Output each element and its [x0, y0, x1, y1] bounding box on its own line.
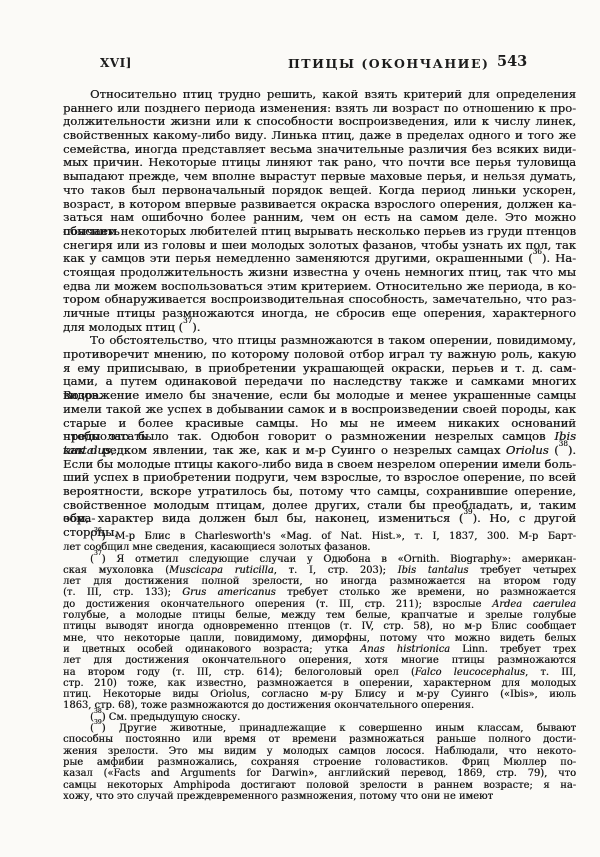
text-line: лет для достижения окончательного оперен…	[63, 655, 576, 666]
text-line: должительности жизни или к способности в…	[63, 115, 576, 129]
text-line: ший успех в приобретении подруги, чем вз…	[63, 471, 576, 485]
text-line: птицы выводят иногда одновременно птенцо…	[63, 621, 576, 632]
text-line: хожу, что это случай преждевременного ра…	[63, 791, 576, 802]
text-line: едва ли можем воспользоваться этим крите…	[63, 280, 576, 294]
text-line: противоречит мнению, по которому половой…	[63, 348, 576, 362]
page-number: 543	[497, 53, 527, 70]
text-line: ская мухоловка (Muscicapa ruticilla, т. …	[63, 565, 576, 576]
text-line: (38) См. предыдущую сноску.	[63, 712, 576, 723]
text-line: выпадают прежде, чем вполне вырастут пер…	[63, 170, 576, 184]
text-line: казал («Facts and Arguments for Darwin»,…	[63, 768, 576, 779]
text-line: снегиря или из головы и шеи молодых золо…	[63, 239, 576, 253]
text-line: на втором году (т. III, стр. 614); белог…	[63, 667, 576, 678]
text-line: Относительно птиц трудно решить, какой в…	[63, 88, 576, 102]
text-line: Если бы молодые птицы какого-либо вида в…	[63, 458, 576, 472]
text-line: То обстоятельство, что птицы размножаютс…	[63, 334, 576, 348]
text-line: зом, характер вида должен был бы, наконе…	[63, 512, 576, 526]
text-line: рые амфибии размножались, сохраняя строе…	[63, 757, 576, 768]
text-line: птиц. Некоторые виды Oriolus, согласно м…	[63, 689, 576, 700]
text-line: цами, а путем одинаковой передачи по нас…	[63, 375, 576, 389]
text-line: и цветных особей одинакового возраста; у…	[63, 644, 576, 655]
text-line: голубые, а молодые птицы белые, между те…	[63, 610, 576, 621]
text-line: способны постоянно или время от времени …	[63, 734, 576, 745]
paragraph-2: То обстоятельство, что птицы размножаютс…	[63, 334, 576, 526]
text-line: стоящая продолжительность жизни известна…	[63, 266, 576, 280]
text-line: мне, что некоторые цапли, повидимому, ди…	[63, 633, 576, 644]
text-line: вероятности, вскоре утратилось бы, потом…	[63, 485, 576, 499]
book-page: XVI] ПТИЦЫ (ОКОНЧАНИЕ) 543 Относительно …	[0, 0, 600, 857]
text-line: свойственных какому-либо виду. Линька пт…	[63, 129, 576, 143]
text-line: самцы некоторых Amphipoda достигают поло…	[63, 780, 576, 791]
footnote-38: (38) См. предыдущую сноску.	[63, 712, 576, 723]
text-line: (37) Я отметил следующие случаи у Одюбон…	[63, 554, 576, 565]
text-line: лет для достижения полной зрелости, но и…	[63, 576, 576, 587]
text-line: раннего или позднего периода изменения: …	[63, 102, 576, 116]
text-line: (36) М-р Блис в Charlesworth's «Mag. of …	[63, 531, 576, 542]
chapter-marker: XVI]	[100, 56, 132, 70]
text-line: жения зрелости. Это мы видим у молодых с…	[63, 746, 576, 757]
main-text: Относительно птиц трудно решить, какой в…	[63, 88, 576, 526]
text-line: (39) Другие животные, принадлежащие к со…	[63, 723, 576, 734]
text-line: мых причин. Некоторые птицы линяют так р…	[63, 156, 576, 170]
footnote-39: (39) Другие животные, принадлежащие к со…	[63, 723, 576, 802]
text-line: обычаем некоторых любителей птиц вырыват…	[63, 225, 576, 239]
text-line: что таков был первоначальный порядок вещ…	[63, 184, 576, 198]
text-line: семейства, иногда представляет весьма зн…	[63, 143, 576, 157]
text-line: личные птицы размножаются иногда, не сбр…	[63, 307, 576, 321]
text-line: Возражение имело бы значение, если бы мо…	[63, 389, 576, 403]
running-title: ПТИЦЫ (ОКОНЧАНИЕ)	[288, 56, 489, 71]
footnotes-block: (36) М-р Блис в Charlesworth's «Mag. of …	[63, 531, 576, 802]
text-line: 1863, стр. 68), тоже размножаются до дос…	[63, 700, 576, 711]
paragraph-1: Относительно птиц трудно решить, какой в…	[63, 88, 576, 334]
text-line: чтобы это было так. Одюбон говорит о раз…	[63, 430, 576, 444]
text-line: возраст, в котором впервые развивается о…	[63, 198, 576, 212]
footnote-36: (36) М-р Блис в Charlesworth's «Mag. of …	[63, 531, 576, 554]
text-line: старые и более красивые самцы. Но мы не …	[63, 417, 576, 431]
text-line: как о редком явлении, так же, как и м-р …	[63, 444, 576, 458]
text-line: заться нам ошибочно более ранним, чем он…	[63, 211, 576, 225]
footnote-37: (37) Я отметил следующие случаи у Одюбон…	[63, 554, 576, 712]
text-line: как у самцов эти перья немедленно заменя…	[63, 252, 576, 266]
text-line: для молодых птиц (37).	[63, 321, 576, 335]
text-line: свойственное молодым птицам, долее други…	[63, 499, 576, 513]
text-line: стр. 210) тоже, как известно, размножает…	[63, 678, 576, 689]
text-line: я ему приписываю, в приобретении украшаю…	[63, 362, 576, 376]
text-line: до достижения окончательного оперения (т…	[63, 599, 576, 610]
text-line: лет сообщил мне сведения, касающиеся зол…	[63, 542, 576, 553]
text-line: (т. III, стр. 133); Grus americanus треб…	[63, 587, 576, 598]
text-line: тором обнаруживается воспроизводительная…	[63, 293, 576, 307]
text-line: имели такой же успех в добывании самок и…	[63, 403, 576, 417]
